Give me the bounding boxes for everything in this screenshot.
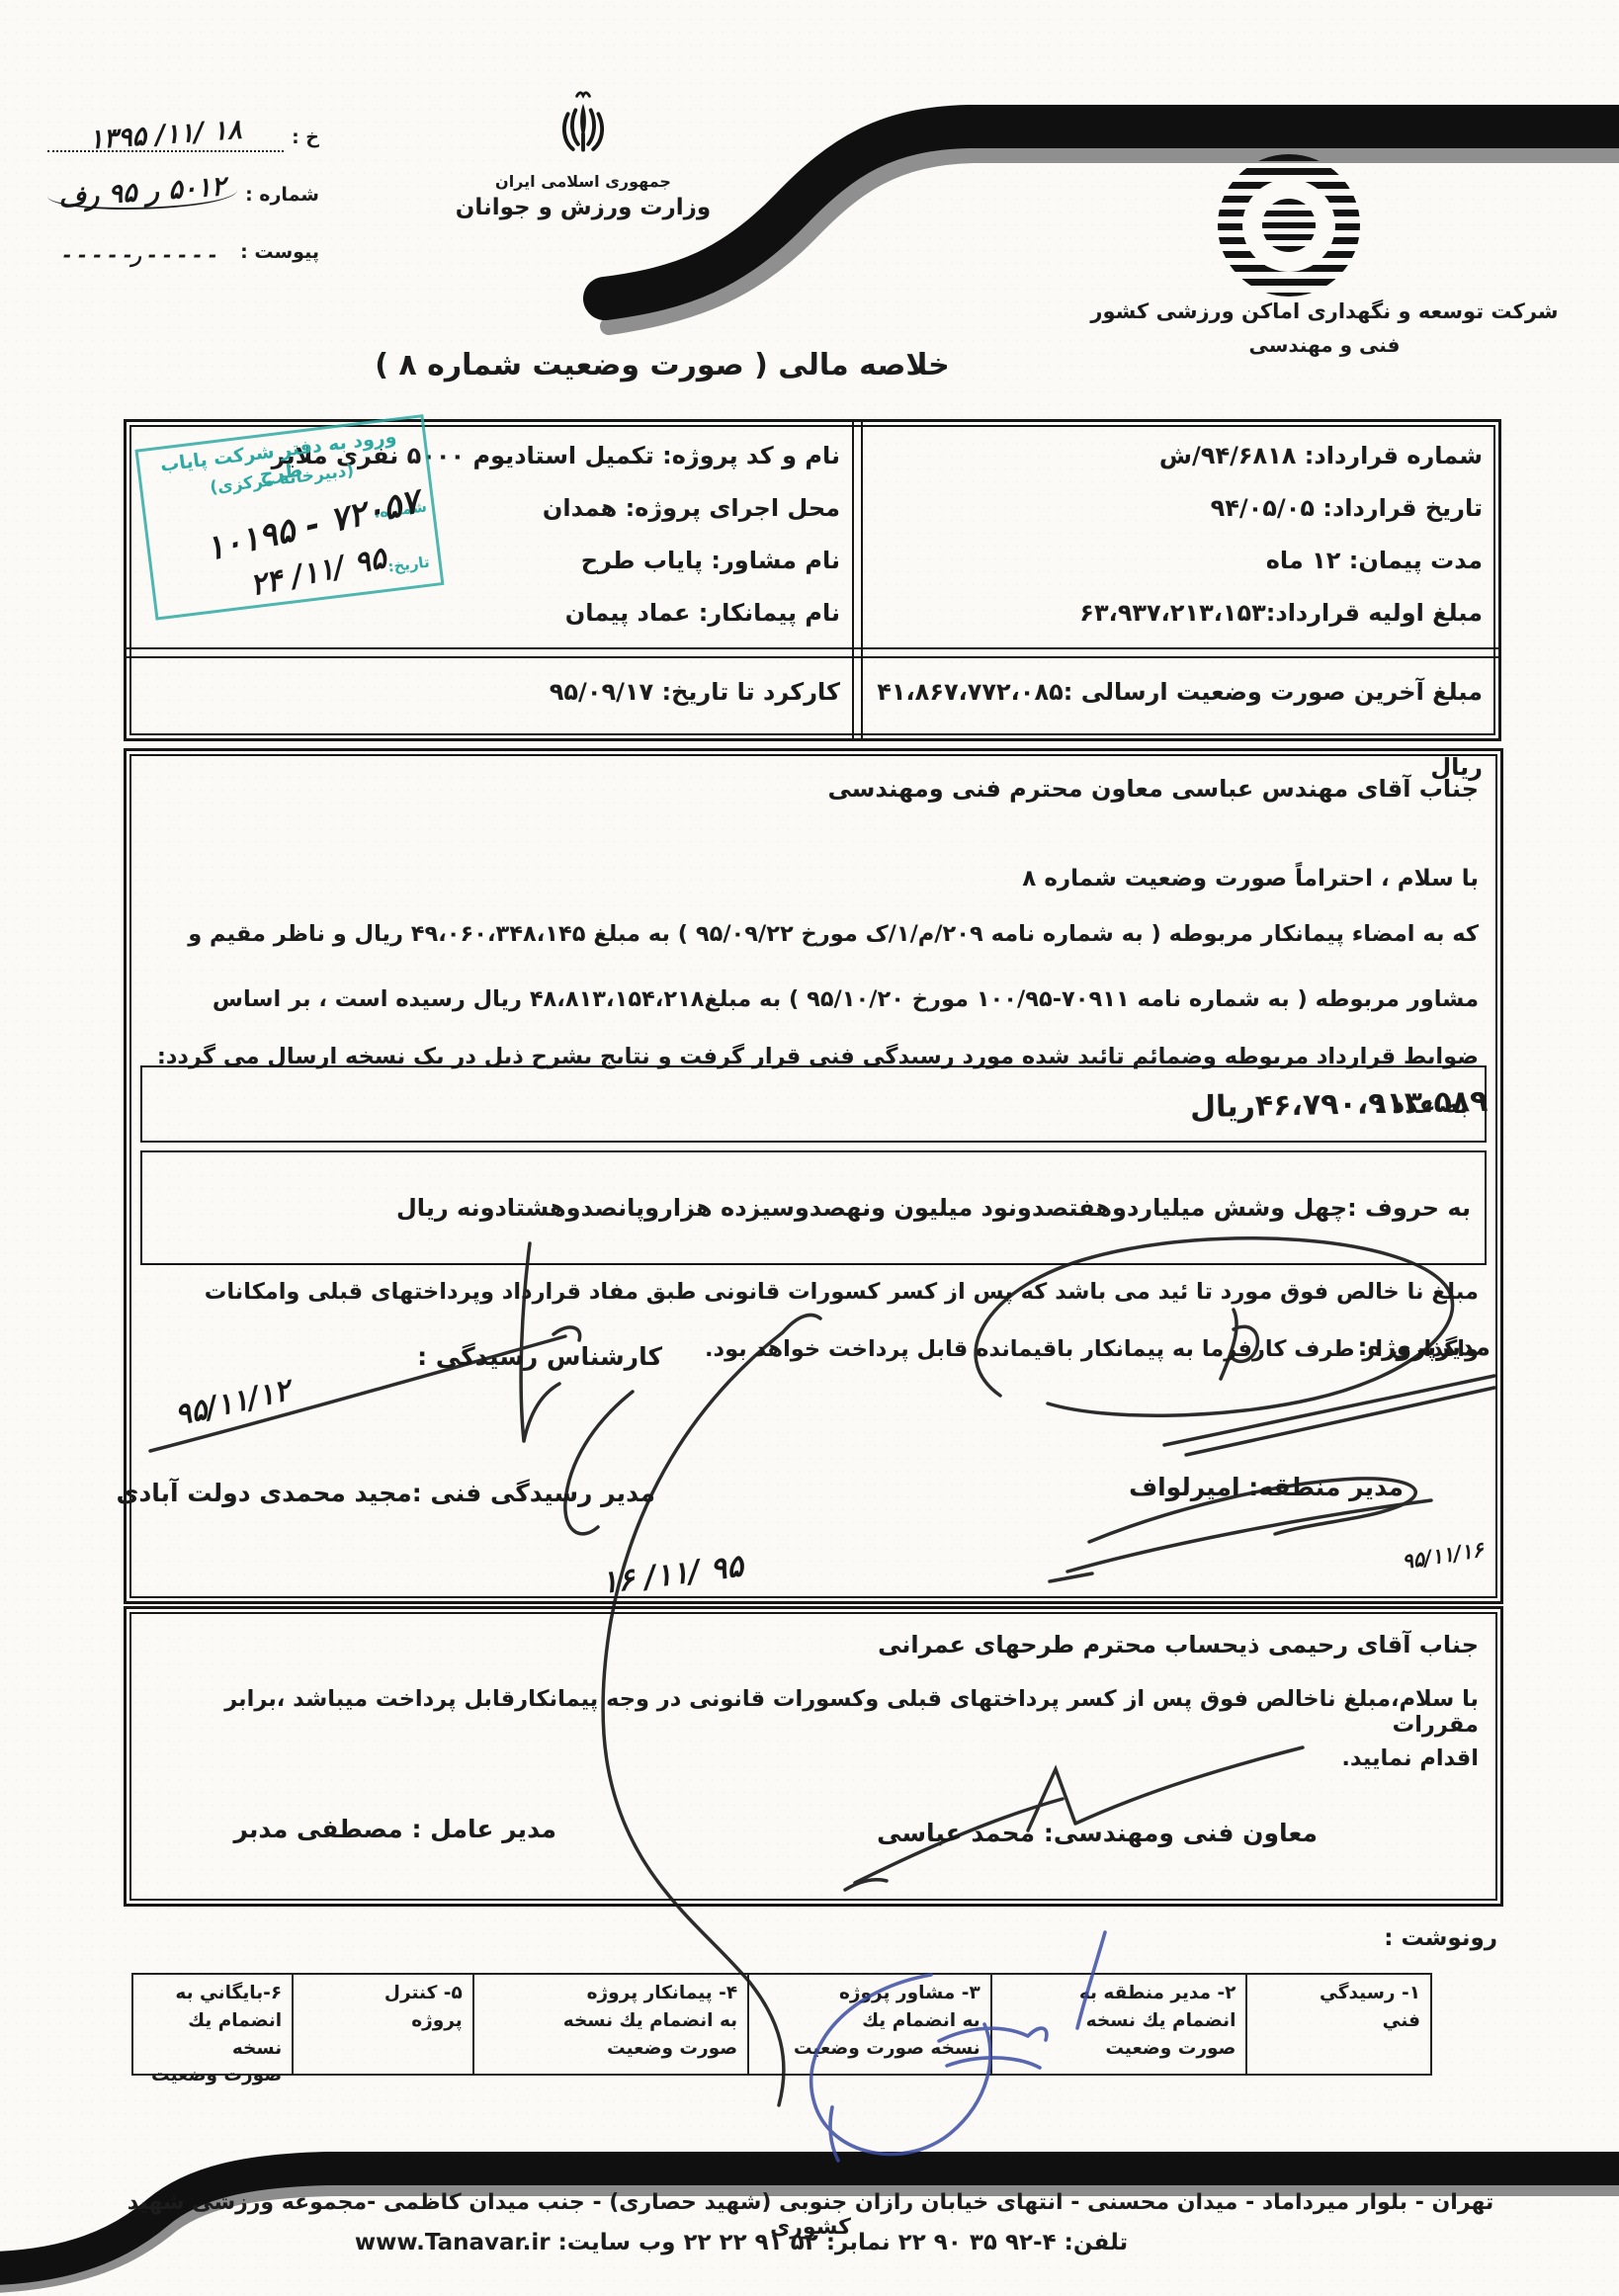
- letter-note-line2: واگذاری از طرف کارفرما به پیمانکار باقیم…: [148, 1336, 1479, 1362]
- copies-cell-archive: ۶-بایگاني به انضمام یك نسخه صورت وضعیت: [133, 1975, 292, 2074]
- company-letterhead: شرکت توسعه و نگهداری اماکن ورزشی کشور فن…: [1058, 299, 1591, 357]
- ref-date-value: ۱۸ /۱۱/ ۱۳۹۵: [47, 120, 284, 152]
- iran-emblem-icon: [552, 87, 615, 166]
- reviewer-signature-label: کارشناس رسیدگی :: [417, 1342, 662, 1371]
- center-letterhead: جمهوری اسلامی ایران وزارت ورزش و جوانان: [455, 87, 712, 220]
- document-title: خلاصه مالی ( صورت وضعیت شماره ۸ ): [297, 348, 1028, 383]
- amount-words-label: به حروف :: [1347, 1194, 1471, 1222]
- scanned-document-page: خ : ۱۸ /۱۱/ ۱۳۹۵ شماره : ۵۰۱۲ ر ۹۵ رف پی…: [0, 0, 1619, 2296]
- republic-name: جمهوری اسلامی ایران: [455, 172, 712, 191]
- copies-label: رونوشت :: [1359, 1925, 1497, 1951]
- contract-duration: مدت پیمان: ۱۲ ماه: [850, 535, 1483, 587]
- ref-number-row: شماره : ۵۰۱۲ ر ۹۵ رف: [47, 152, 319, 210]
- entry-stamp: ورود به دفتر شرکت پایاب طرح (دبیرخانه مر…: [126, 412, 463, 654]
- company-division: فنی و مهندسی: [1058, 333, 1591, 357]
- ref-number-label: شماره :: [245, 184, 319, 210]
- contract-initial-amount: مبلغ اولیه قرارداد:۶۳،۹۳۷،۲۱۳،۱۵۳: [850, 587, 1483, 639]
- ceo-label: مدیر عامل : مصطفی مدبر: [233, 1815, 556, 1843]
- globe-core: [1262, 199, 1316, 252]
- letter-paragraph-line2: مشاور مربوطه ( به شماره نامه ۷۰۹۱۱-۱۰۰/۹…: [148, 986, 1479, 1012]
- ministry-name: وزارت ورزش و جوانان: [455, 195, 712, 220]
- ref-attachment-value: - - - - - ر- - - - -: [47, 243, 232, 267]
- work-until-date-cell: کارکرد تا تاریخ: ۹۵/۰۹/۱۷: [127, 654, 856, 735]
- copies-cell-technical-review: ۱- رسیدگي فني: [1245, 1975, 1430, 2074]
- treasurer-body-line1: با سلام،مبلغ ناخالص فوق پس از کسر پرداخت…: [148, 1686, 1479, 1738]
- contract-number: شماره قرارداد: ۹۴/۶۸۱۸/ش: [850, 430, 1483, 482]
- copies-cell-project-consultant: ۳- مشاور پروژه به انضمام یك نسخه صورت وض…: [747, 1975, 990, 2074]
- project-manager-signature-label: مدیرپروژه:: [1358, 1332, 1491, 1361]
- copies-cell-region-manager: ۲- مدیر منطقه به انضمام یك نسخه صورت وضع…: [990, 1975, 1246, 2074]
- region-manager-label: مدیر منطقه: امیرلواف: [1129, 1473, 1404, 1501]
- main-letter-box: جناب آقای مهندس عباسی معاون محترم فنی وم…: [124, 748, 1503, 1604]
- treasurer-body-line2: اقدام نمایید.: [148, 1745, 1479, 1771]
- copies-distribution-table: ۱- رسیدگي فني ۲- مدیر منطقه به انضمام یك…: [131, 1973, 1432, 2076]
- ref-date-label: خ :: [292, 127, 319, 152]
- amount-in-words-row: به حروف : چهل وشش میلیاردوهفتصدونود میلی…: [140, 1150, 1487, 1265]
- ref-date-row: خ : ۱۸ /۱۱/ ۱۳۹۵: [47, 95, 319, 152]
- copies-cell-project-control: ۵- كنترل پروژه: [292, 1975, 472, 2074]
- treasurer-letter-box: جناب آقای رحیمی ذیحساب محترم طرحهای عمرا…: [124, 1606, 1503, 1907]
- company-globe-logo: [1218, 154, 1360, 297]
- footer-contact: تلفن: ۴-۹۲ ۳۵ ۹۰ ۲۲ نمابر: ۵۲ ۹۱ ۲۲ ۲۲ و…: [119, 2230, 1364, 2255]
- letter-note-line1: مبلغ نا خالص فوق مورد تا ئید می باشد که …: [148, 1279, 1479, 1305]
- letter-salutation: جناب آقای مهندس عباسی معاون محترم فنی وم…: [148, 775, 1479, 803]
- amount-words-value: چهل وشش میلیاردوهفتصدونود میلیون ونهصدوس…: [396, 1194, 1347, 1222]
- contract-details-cell: شماره قرارداد: ۹۴/۶۸۱۸/ش تاریخ قرارداد: …: [844, 422, 1498, 655]
- technical-deputy-label: معاون فنی ومهندسی: محمد عباسی: [877, 1819, 1318, 1847]
- technical-review-manager-label: مدیر رسیدگی فنی :مجید محمدی دولت آبادی: [117, 1479, 655, 1507]
- company-name: شرکت توسعه و نگهداری اماکن ورزشی کشور: [1058, 299, 1591, 323]
- letter-greeting: با سلام ، احتراماً صورت وضعیت شماره ۸: [148, 866, 1479, 892]
- treasurer-salutation: جناب آقای رحیمی ذیحساب محترم طرحهای عمرا…: [148, 1631, 1479, 1658]
- contract-date: تاریخ قرارداد: ۹۴/۰۵/۰۵: [850, 482, 1483, 535]
- reference-block: خ : ۱۸ /۱۱/ ۱۳۹۵ شماره : ۵۰۱۲ ر ۹۵ رف پی…: [47, 95, 319, 267]
- amount-digits-value: ۴۶،۷۹۰،۹۱۳،۵۸۹ریال: [1190, 1083, 1489, 1124]
- ref-attachment-row: پیوست : - - - - - ر- - - - -: [47, 210, 319, 267]
- ref-attachment-label: پیوست :: [240, 241, 319, 267]
- copies-cell-project-contractor: ۴- پیمانكار پروژه به انضمام یك نسخه صورت…: [472, 1975, 747, 2074]
- amount-in-digits-row: به عدد : ۴۶،۷۹۰،۹۱۳،۵۸۹ریال: [140, 1065, 1487, 1143]
- last-statement-amount-cell: مبلغ آخرین صورت وضعیت ارسالی :۴۱،۸۶۷،۷۷۲…: [844, 654, 1498, 735]
- letter-paragraph-line1: که به امضاء پیمانکار مربوطه ( به شماره ن…: [148, 921, 1479, 947]
- ref-number-value: ۵۰۱۲ ر ۹۵ رف: [47, 177, 237, 210]
